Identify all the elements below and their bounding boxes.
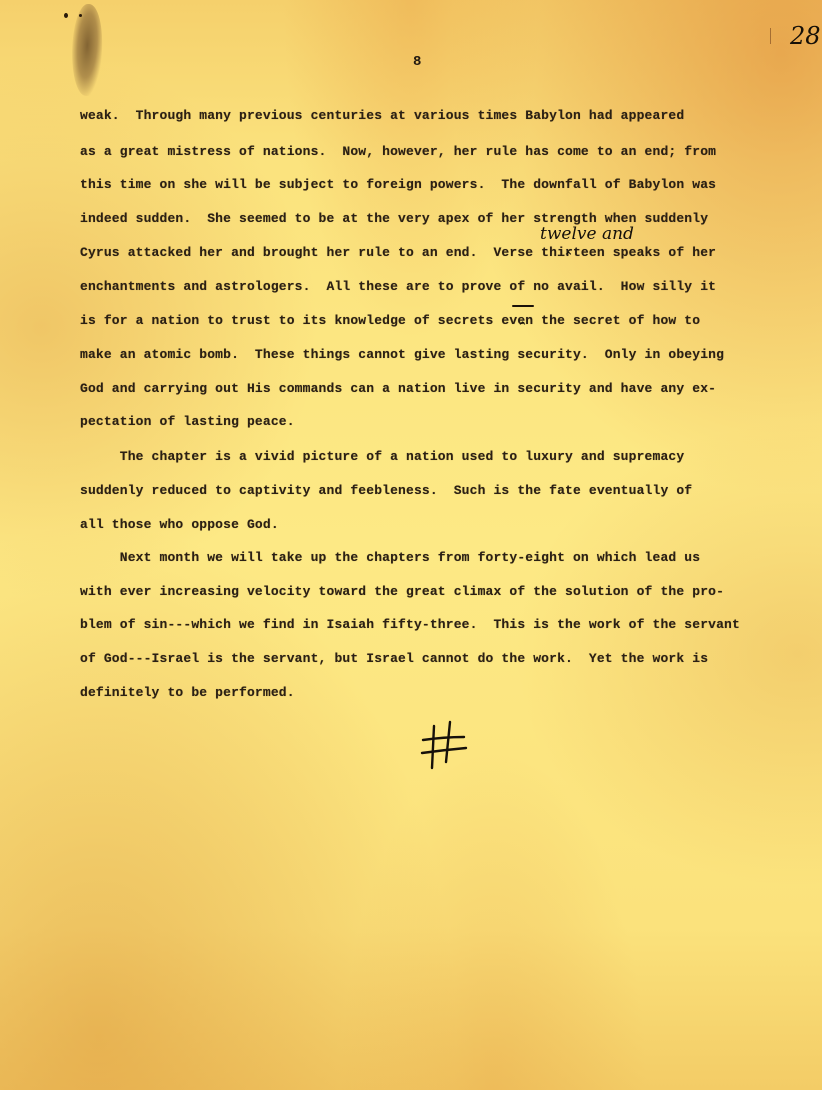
- text-line: suddenly reduced to captivity and feeble…: [80, 483, 692, 498]
- text-line: with ever increasing velocity toward the…: [80, 584, 724, 599]
- handwritten-folio-number: 28: [790, 22, 821, 50]
- page-number: 8: [413, 54, 421, 70]
- text-line: this time on she will be subject to fore…: [80, 177, 716, 192]
- end-mark-hash-icon: [420, 718, 468, 770]
- text-line: make an atomic bomb. These things cannot…: [80, 347, 724, 362]
- text-line: is for a nation to trust to its knowledg…: [80, 313, 700, 328]
- text-line: all those who oppose God.: [80, 517, 279, 532]
- text-line: definitely to be performed.: [80, 685, 295, 700]
- text-line: as a great mistress of nations. Now, how…: [80, 144, 716, 159]
- text-line: enchantments and astrologers. All these …: [80, 279, 716, 294]
- text-line: God and carrying out His commands can a …: [80, 381, 716, 396]
- text-line: of God---Israel is the servant, but Isra…: [80, 651, 708, 666]
- text-line: blem of sin---which we find in Isaiah fi…: [80, 617, 740, 632]
- pencil-mark: [770, 28, 771, 44]
- scanned-page: 28 8 weak. Through many previous centuri…: [0, 0, 822, 1090]
- text-line: Cyrus attacked her and brought her rule …: [80, 245, 716, 260]
- handwritten-bracket: [512, 305, 534, 307]
- insertion-caret: ⌃: [517, 320, 528, 335]
- water-stain: [69, 3, 105, 97]
- ink-speck: [79, 14, 82, 17]
- text-line: The chapter is a vivid picture of a nati…: [80, 449, 684, 464]
- handwritten-insertion: twelve and: [540, 224, 634, 244]
- text-line: weak. Through many previous centuries at…: [80, 108, 684, 123]
- text-line: pectation of lasting peace.: [80, 414, 295, 429]
- ink-speck: [64, 13, 68, 18]
- insertion-caret: ⌃: [563, 250, 574, 265]
- text-line: Next month we will take up the chapters …: [80, 550, 700, 565]
